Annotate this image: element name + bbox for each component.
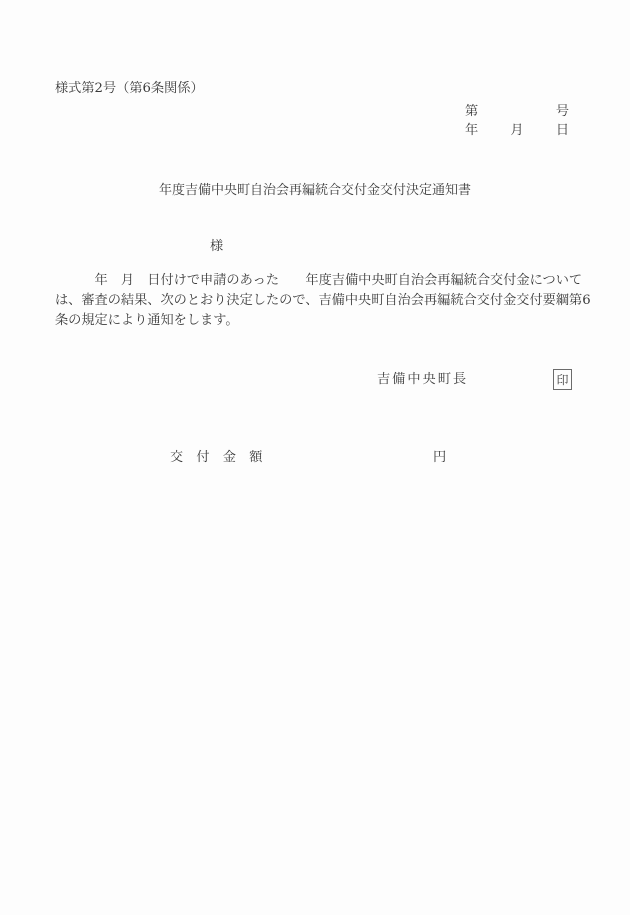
body-line: 条の規定により通知をします。 xyxy=(55,311,595,331)
seal-box: 印 xyxy=(553,369,572,390)
form-number: 様式第2号（第6条関係） xyxy=(55,79,204,99)
doc-number-prefix: 第 xyxy=(465,102,478,122)
addressee-honorific: 様 xyxy=(210,237,223,257)
grant-amount-unit: 円 xyxy=(433,448,446,468)
sender-title: 吉備中央町長 xyxy=(377,370,468,390)
date-line: 年 月 日 xyxy=(465,121,569,141)
grant-amount-label: 交 付 金 額 xyxy=(170,448,262,468)
doc-number-line: 第 号 xyxy=(465,102,569,122)
body-paragraph: 年 月 日付けで申請のあった 年度吉備中央町自治会再編統合交付金について は、審… xyxy=(55,271,595,331)
body-line: は、審査の結果、次のとおり決定したので、吉備中央町自治会再編統合交付金交付要綱第… xyxy=(55,291,595,311)
seal-label: 印 xyxy=(556,370,568,390)
doc-number-suffix: 号 xyxy=(556,102,569,122)
date-month-label: 月 xyxy=(510,121,523,141)
document-title: 年度吉備中央町自治会再編統合交付金交付決定通知書 xyxy=(0,181,630,201)
date-year-label: 年 xyxy=(465,121,478,141)
document-page: 様式第2号（第6条関係） 第 号 年 月 日 年度吉備中央町自治会再編統合交付金… xyxy=(0,0,630,915)
body-line: 年 月 日付けで申請のあった 年度吉備中央町自治会再編統合交付金について xyxy=(55,271,595,291)
date-day-label: 日 xyxy=(556,121,569,141)
